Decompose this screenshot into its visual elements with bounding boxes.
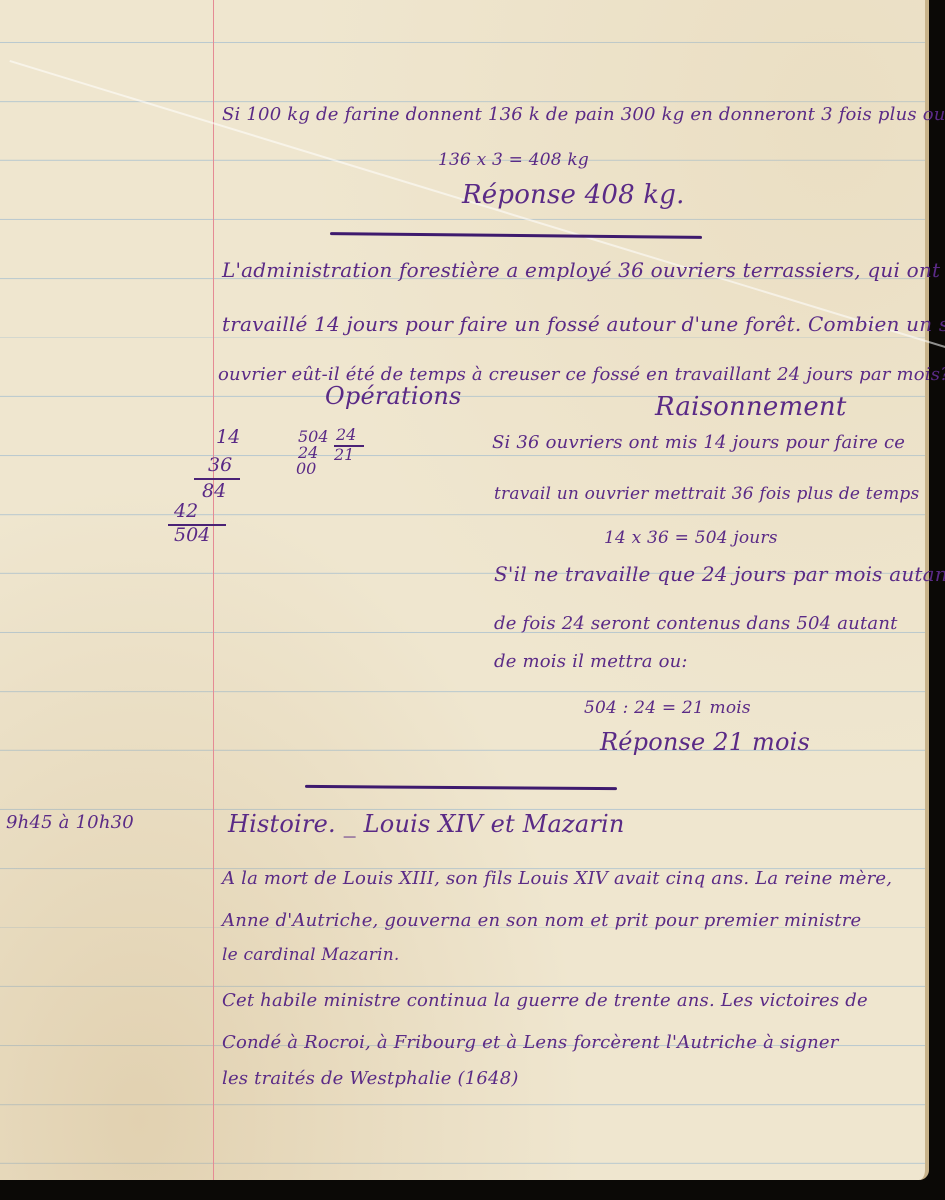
division-operation: 504 24 21 24 00 [290,425,380,485]
reasoning-line: de fois 24 seront contenus dans 504 auta… [494,613,898,634]
section-divider [330,232,702,239]
section-divider [305,785,617,790]
div-divisor: 24 [336,425,356,444]
problem2-statement-line: travaillé 14 jours pour faire un fossé a… [222,312,945,336]
reasoning-line: de mois il mettra ou: [494,651,688,672]
time-margin-note: 9h45 à 10h30 [6,812,134,833]
problem1-statement: Si 100 kg de farine donnent 136 k de pai… [222,104,945,125]
mult-result: 504 [174,524,210,546]
history-line: Condé à Rocroi, à Fribourg et à Lens for… [222,1032,839,1053]
history-line: le cardinal Mazarin. [222,945,399,965]
mult-top: 14 [216,426,240,448]
mult-multiplier: 36 [208,454,232,476]
reasoning-calculation: 504 : 24 = 21 mois [584,698,751,718]
reasoning-calculation: 14 x 36 = 504 jours [604,528,778,548]
mult-partial1: 84 [202,480,226,502]
reasoning-heading: Raisonnement [655,392,847,422]
history-line: les traités de Westphalie (1648) [222,1068,519,1089]
problem1-calculation: 136 x 3 = 408 kg [438,150,589,170]
margin-line [213,0,214,1180]
history-line: A la mort de Louis XIII, son fils Louis … [222,868,892,889]
reasoning-line: Si 36 ouvriers ont mis 14 jours pour fai… [492,432,905,453]
problem1-answer: Réponse 408 kg. [462,180,685,210]
mult-partial2: 42 [174,500,198,522]
div-remainder: 00 [296,459,316,478]
history-line: Anne d'Autriche, gouverna en son nom et … [222,910,861,931]
history-line: Cet habile ministre continua la guerre d… [222,990,868,1011]
reasoning-line: S'il ne travaille que 24 jours par mois … [494,562,945,586]
multiplication-operation: 14 36 84 42 504 [160,420,260,550]
div-quotient: 21 [334,445,354,464]
problem2-statement-line: L'administration forestière a employé 36… [222,258,940,282]
notebook-page: Si 100 kg de farine donnent 136 k de pai… [0,0,929,1180]
problem2-answer: Réponse 21 mois [600,728,810,756]
operations-heading: Opérations [325,382,462,410]
reasoning-line: travail un ouvrier mettrait 36 fois plus… [494,484,919,504]
history-title: Histoire. _ Louis XIV et Mazarin [228,810,625,838]
